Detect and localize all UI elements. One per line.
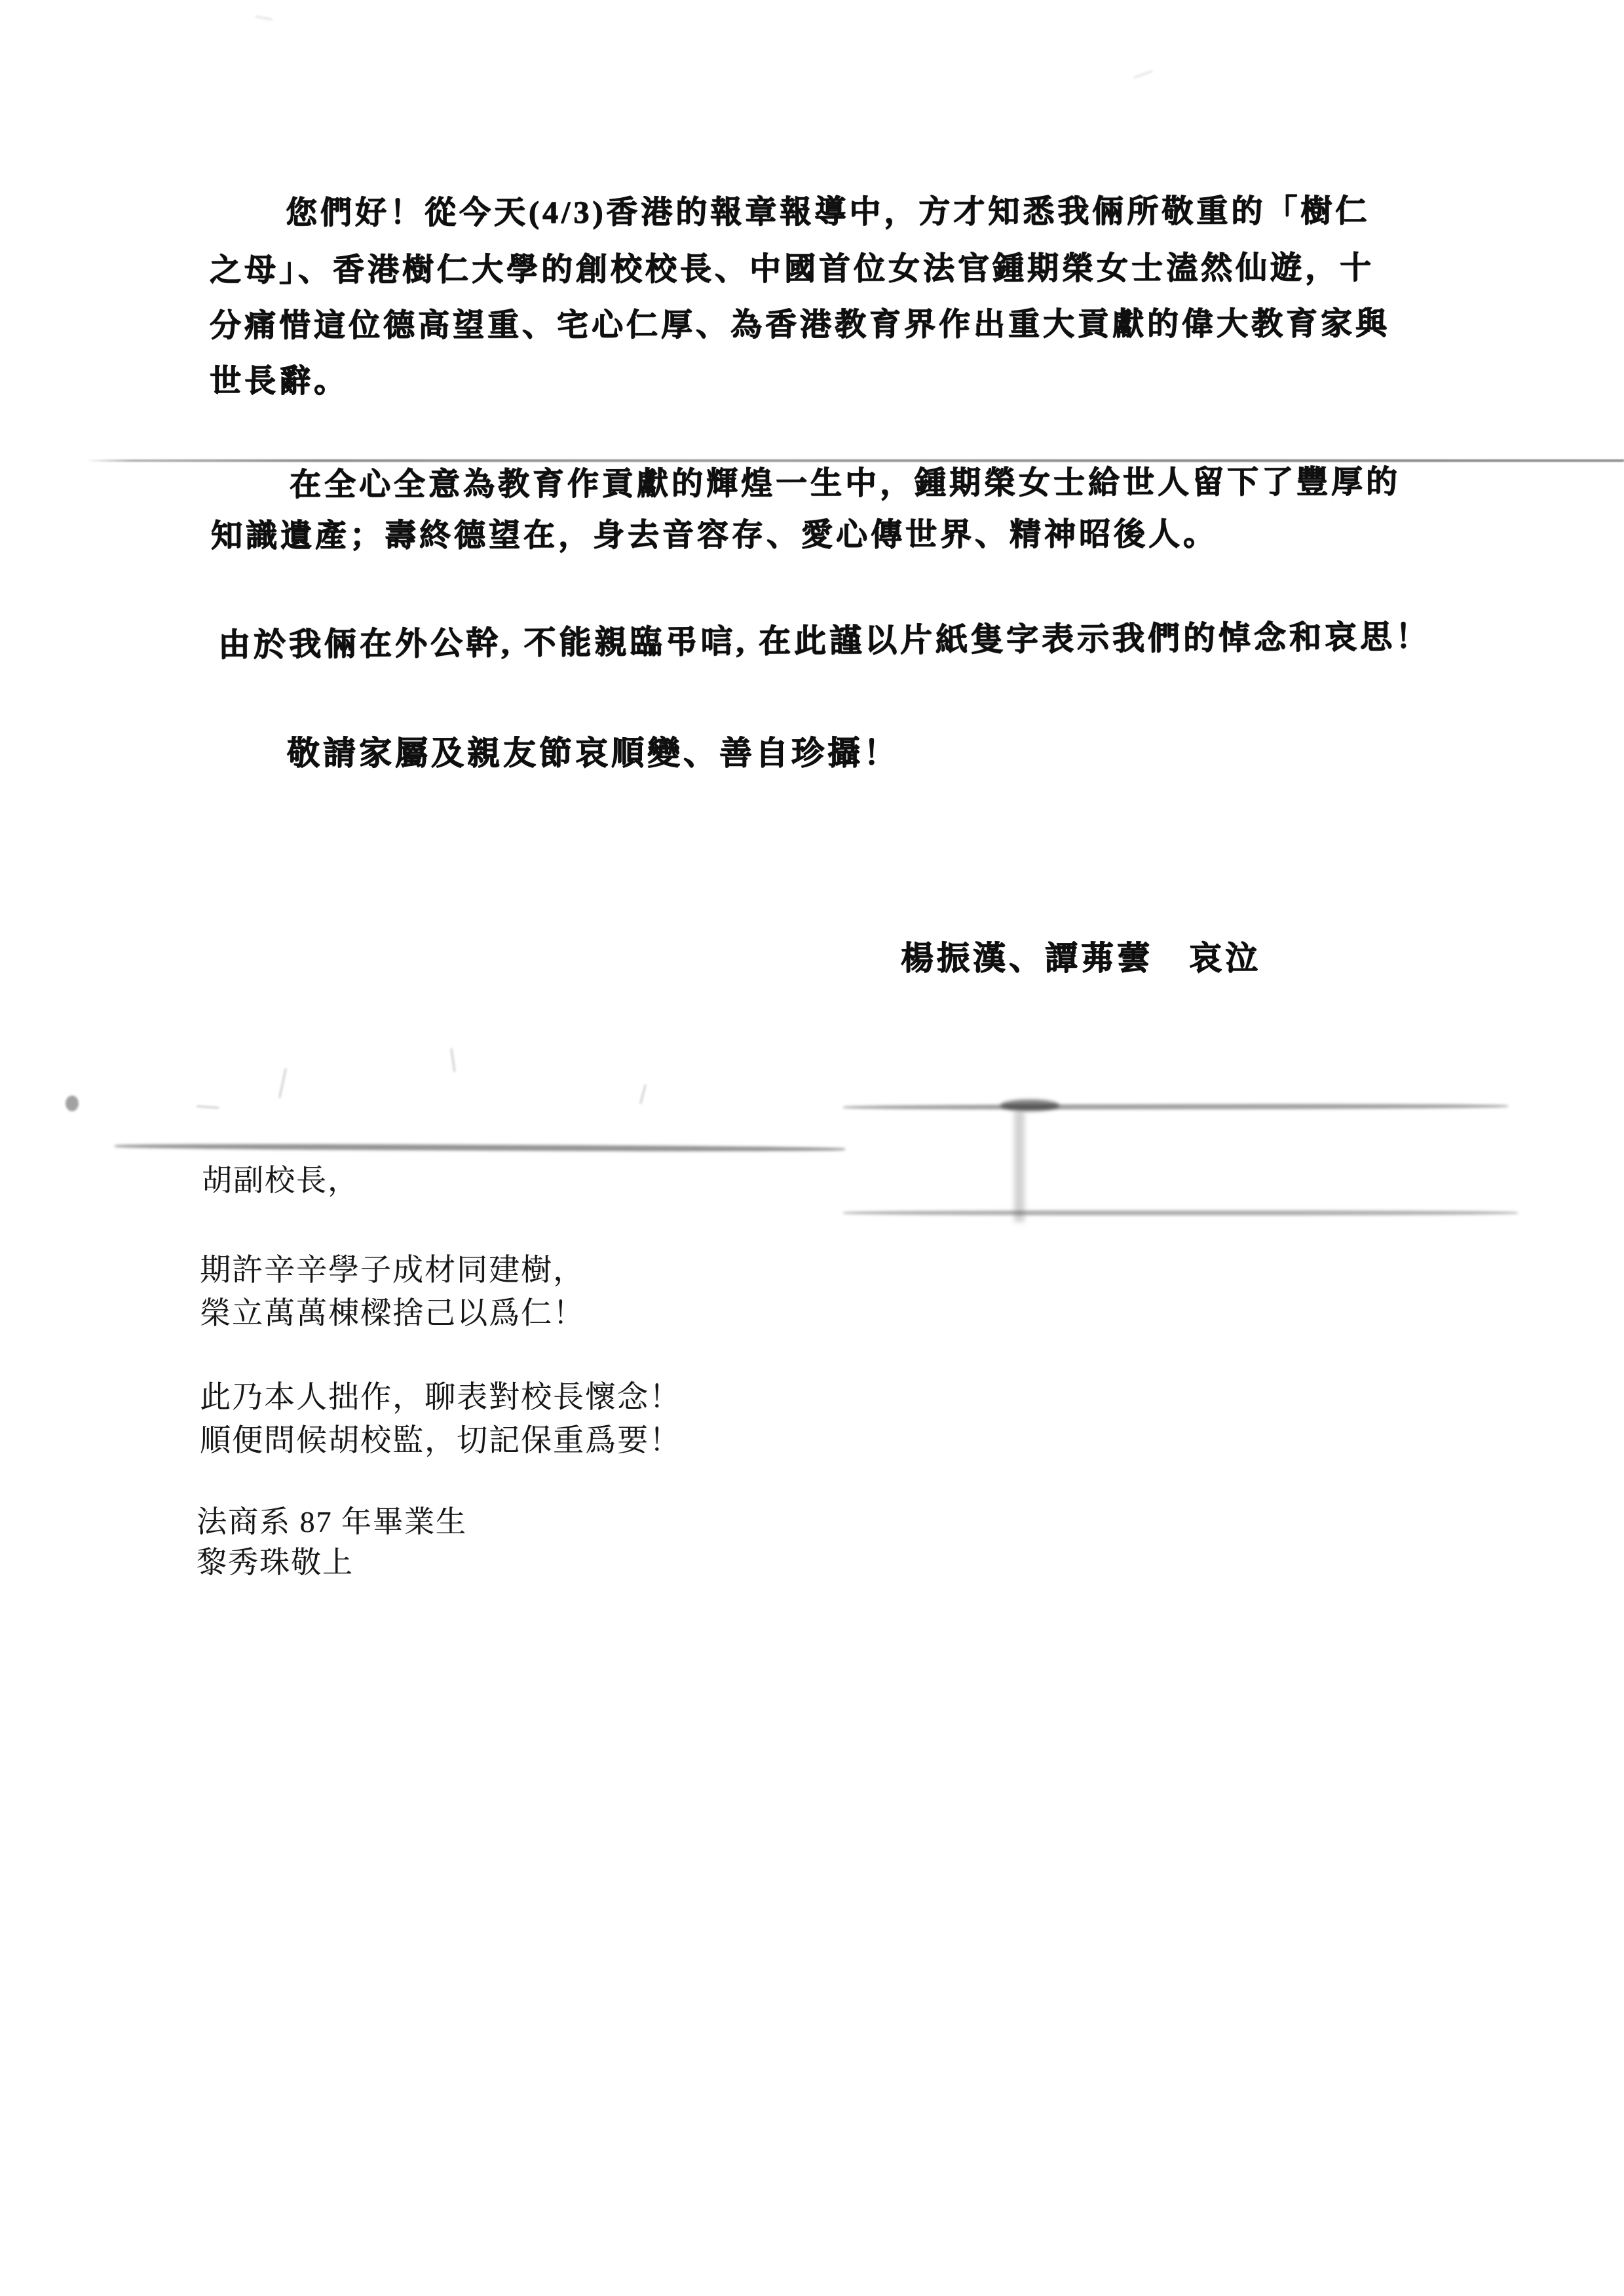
letter2-signoff-line2: 黎秀珠敬上	[197, 1548, 354, 1578]
scan-smudge-vertical	[1014, 1111, 1025, 1222]
scan-smudge-blob	[1000, 1100, 1059, 1111]
scan-noise-speck	[639, 1084, 647, 1104]
letter2-note-line1: 此乃本人拙作，聊表對校長懷念！	[200, 1383, 681, 1413]
scan-noise-speck	[278, 1068, 286, 1098]
letter1-para1-line2: 之母」、香港樹仁大學的創校校長、中國首位女法官鍾期榮女士溘然仙遊，十	[210, 252, 1374, 286]
letter2-signoff-line1: 法商系 87 年畢業生	[197, 1507, 467, 1537]
scan-smudge-dot	[66, 1096, 79, 1111]
scan-smudge-right-bottom	[843, 1210, 1518, 1215]
letter1-para1-line4: 世長辭。	[210, 366, 349, 397]
scan-noise-speck	[451, 1048, 456, 1072]
letter2-couplet-line2: 榮立萬萬棟樑捨己以爲仁！	[200, 1299, 585, 1330]
letter1-para2-line2: 知識遺產；壽終德望在，身去音容存、愛心傳世界、精神昭後人。	[211, 519, 1218, 552]
letter2-salutation: 胡副校長，	[202, 1166, 359, 1196]
scan-smudge-left-line	[115, 1143, 845, 1153]
letter1-signature: 楊振漢、譚茀蕓 哀泣	[901, 942, 1261, 974]
letter2-couplet-line1: 期許辛辛學子成材同建樹，	[200, 1255, 585, 1286]
letter1-para1-line1: 您們好！從今天(4/3)香港的報章報導中，方才知悉我倆所敬重的「樹仁	[286, 196, 1370, 229]
scan-noise-speck	[1133, 70, 1152, 79]
scan-streak-line	[85, 459, 1624, 462]
scan-noise-speck	[197, 1105, 219, 1109]
letter1-para2-line1: 在全心全意為教育作貢獻的輝煌一生中，鍾期榮女士給世人留下了豐厚的	[290, 467, 1401, 501]
letter1-para4: 敬請家屬及親友節哀順變、善自珍攝！	[287, 737, 899, 769]
scanned-letter-page: 您們好！從今天(4/3)香港的報章報導中，方才知悉我倆所敬重的「樹仁 之母」、香…	[0, 0, 1624, 2296]
scan-noise-speck	[255, 16, 273, 20]
scan-smudge-right-top	[843, 1103, 1508, 1110]
letter1-para3: 由於我倆在外公幹, 不能親臨弔唁, 在此謹以片紙隻字表示我們的悼念和哀思！	[218, 621, 1431, 661]
letter2-note-line2: 順便問候胡校監，切記保重爲要！	[200, 1426, 681, 1457]
letter1-para1-line3: 分痛惜這位德高望重、宅心仁厚、為香港教育界作出重大貢獻的偉大教育家與	[210, 308, 1390, 341]
